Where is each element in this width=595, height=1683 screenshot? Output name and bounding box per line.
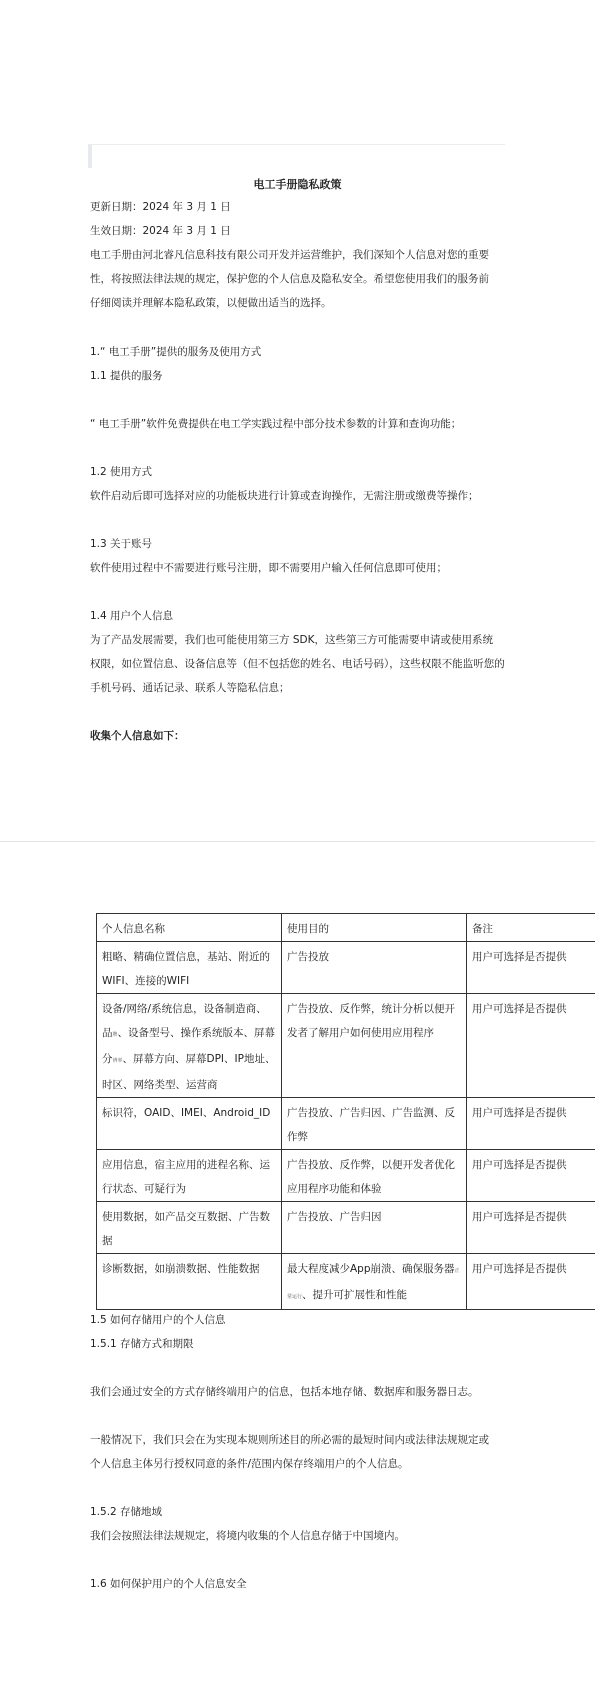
section-1-4-line-2: 权限，如位置信息、设备信息等（但不包括您的姓名、电话号码），这些权限不能监听您的 <box>90 657 505 671</box>
header-cell: 个人信息名称 <box>97 914 282 942</box>
section-1-5-1-line-2: 个人信息主体另行授权同意的条件/范围内保存终端用户的个人信息。 <box>90 1457 409 1471</box>
section-1-2-text: 软件启动后即可选择对应的功能板块进行计算或查询操作，无需注册或缴费等操作； <box>90 489 479 503</box>
page-break <box>0 841 595 842</box>
text-part: 最大程度减少App崩溃、确保服务器 <box>287 1263 455 1275</box>
section-1-5-1-heading: 1.5.1 存储方式和期限 <box>90 1337 194 1351</box>
purpose-cell: 广告投放 <box>282 942 467 994</box>
section-1-5-heading: 1.5 如何存储用户的个人信息 <box>90 1313 226 1327</box>
update-date: 更新日期：2024 年 3 月 1 日 <box>90 200 231 214</box>
info-name-cell: 使用数据，如产品交互数据、广告数据 <box>97 1202 282 1254</box>
purpose-cell: 最大程度减少App崩溃、确保服务器正常运行、提升可扩展性和性能 <box>282 1254 467 1310</box>
header-cell: 使用目的 <box>282 914 467 942</box>
section-1-1-heading: 1.1 提供的服务 <box>90 369 163 383</box>
document-title: 电工手册隐私政策 <box>0 176 595 192</box>
section-1-5-2-text: 我们会按照法律法规规定，将境内收集的个人信息存储于中国境内。 <box>90 1529 405 1543</box>
intro-line-1: 电工手册由河北睿凡信息科技有限公司开发并运营维护，我们深知个人信息对您的重要 <box>90 248 489 262</box>
info-name-cell: 粗略、精确位置信息，基站、附近的WIFI、连接的WIFI <box>97 942 282 994</box>
section-1-4-line-3: 手机号码、通话记录、联系人等隐私信息； <box>90 681 290 695</box>
section-1-heading: 1.“ 电工手册”提供的服务及使用方式 <box>90 345 261 359</box>
table-row: 诊断数据，如崩溃数据、性能数据 最大程度减少App崩溃、确保服务器正常运行、提升… <box>97 1254 595 1310</box>
info-name-cell: 诊断数据，如崩溃数据、性能数据 <box>97 1254 282 1310</box>
purpose-cell: 广告投放、反作弊，统计分析以便开发者了解用户如何使用应用程序 <box>282 994 467 1098</box>
purpose-cell: 广告投放、反作弊，以便开发者优化应用程序功能和体验 <box>282 1150 467 1202</box>
note-cell: 用户可选择是否提供 <box>467 1202 595 1254</box>
note-cell: 用户可选择是否提供 <box>467 1150 595 1202</box>
section-1-4-heading: 1.4 用户个人信息 <box>90 609 173 623</box>
note-cell: 用户可选择是否提供 <box>467 994 595 1098</box>
intro-line-2: 性，将按照法律法规的规定，保护您的个人信息及隐私安全。希望您使用我们的服务前 <box>90 272 489 286</box>
table-row: 粗略、精确位置信息，基站、附近的WIFI、连接的WIFI 广告投放 用户可选择是… <box>97 942 595 994</box>
purpose-cell: 广告投放、广告归因 <box>282 1202 467 1254</box>
section-1-5-1-text: 我们会通过安全的方式存储终端用户的信息，包括本地存储、数据库和服务器日志。 <box>90 1385 479 1399</box>
section-1-3-text: 软件使用过程中不需要进行账号注册，即不需要用户输入任何信息即可使用； <box>90 561 447 575</box>
table-header-row: 个人信息名称 使用目的 备注 <box>97 914 595 942</box>
info-name-cell: 应用信息，宿主应用的进程名称、运行状态、可疑行为 <box>97 1150 282 1202</box>
section-1-2-heading: 1.2 使用方式 <box>90 465 152 479</box>
section-1-1-text: “ 电工手册”软件免费提供在电工学实践过程中部分技术参数的计算和查询功能； <box>90 417 461 431</box>
table-row: 设备/网络/系统信息，设备制造商、品牌、设备型号、操作系统版本、屏幕分辨率、屏幕… <box>97 994 595 1098</box>
info-name-cell: 标识符，OAID、IMEI、Android_ID <box>97 1098 282 1150</box>
tiny-text: 辨率 <box>113 1058 123 1064</box>
table-row: 使用数据，如产品交互数据、广告数据 广告投放、广告归因 用户可选择是否提供 <box>97 1202 595 1254</box>
intro-line-3: 仔细阅读并理解本隐私政策，以便做出适当的选择。 <box>90 296 332 310</box>
collect-heading: 收集个人信息如下： <box>90 729 185 743</box>
section-1-5-1-line-1: 一般情况下，我们只会在为实现本规则所述目的所必需的最短时间内或法律法规规定或 <box>90 1433 489 1447</box>
section-1-6-heading: 1.6 如何保护用户的个人信息安全 <box>90 1577 247 1591</box>
personal-info-table: 个人信息名称 使用目的 备注 粗略、精确位置信息，基站、附近的WIFI、连接的W… <box>96 913 595 1310</box>
section-1-3-heading: 1.3 关于账号 <box>90 537 152 551</box>
purpose-cell: 广告投放、广告归因、广告监测、反作弊 <box>282 1098 467 1150</box>
info-name-cell: 设备/网络/系统信息，设备制造商、品牌、设备型号、操作系统版本、屏幕分辨率、屏幕… <box>97 994 282 1098</box>
text-part: 、提升可扩展性和性能 <box>302 1289 407 1301</box>
effective-date: 生效日期：2024 年 3 月 1 日 <box>90 224 231 238</box>
note-cell: 用户可选择是否提供 <box>467 942 595 994</box>
text-part: 、屏幕方向、屏幕DPI、IP地址、时区、网络类型、运营商 <box>102 1053 275 1091</box>
table-row: 标识符，OAID、IMEI、Android_ID 广告投放、广告归因、广告监测、… <box>97 1098 595 1150</box>
note-cell: 用户可选择是否提供 <box>467 1254 595 1310</box>
header-cell: 备注 <box>467 914 595 942</box>
note-cell: 用户可选择是否提供 <box>467 1098 595 1150</box>
table-row: 应用信息，宿主应用的进程名称、运行状态、可疑行为 广告投放、反作弊，以便开发者优… <box>97 1150 595 1202</box>
section-1-4-line-1: 为了产品发展需要，我们也可能使用第三方 SDK，这些第三方可能需要申请或使用系统 <box>90 633 493 647</box>
margin-marker <box>88 145 92 168</box>
top-divider <box>88 144 505 145</box>
section-1-5-2-heading: 1.5.2 存储地域 <box>90 1505 162 1519</box>
